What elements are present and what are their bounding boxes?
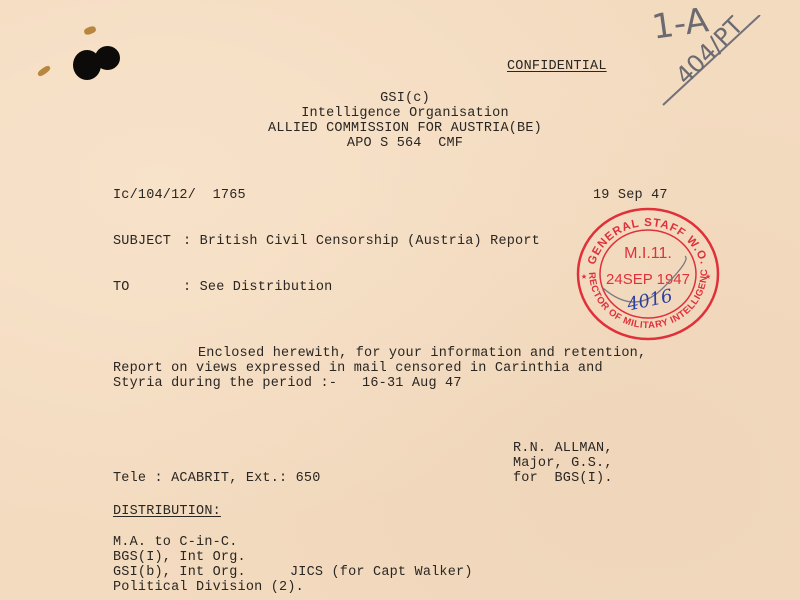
body-line-2: Report on views expressed in mail censor… — [113, 361, 603, 376]
to-label: TO — [113, 280, 130, 295]
signatory-name: R.N. ALLMAN, — [513, 441, 613, 456]
distribution-item: M.A. to C-in-C. — [113, 535, 238, 550]
subject-label: SUBJECT — [113, 234, 171, 249]
document-date: 19 Sep 47 — [593, 188, 668, 203]
header-apo: APO S 564 CMF — [240, 136, 570, 151]
body-line-3: Styria during the period :- 16-31 Aug 47 — [113, 376, 462, 391]
telephone-line: Tele : ACABRIT, Ext.: 650 — [113, 471, 321, 486]
stamp-star-icon: ★ — [705, 272, 711, 283]
signatory-for: for BGS(I). — [513, 471, 613, 486]
distribution-item-side: JICS (for Capt Walker) — [290, 565, 473, 580]
stamp-star-icon: ★ — [581, 272, 587, 283]
body-line-1: Enclosed herewith, for your information … — [198, 346, 646, 361]
header-organisation: Intelligence Organisation — [240, 106, 570, 121]
header-unit: GSI(c) — [240, 91, 570, 106]
subject-value: : British Civil Censorship (Austria) Rep… — [183, 234, 540, 249]
header-commission: ALLIED COMMISSION FOR AUSTRIA(BE) — [240, 121, 570, 136]
to-value: : See Distribution — [183, 280, 332, 295]
distribution-heading: DISTRIBUTION: — [113, 504, 221, 519]
classification-label: CONFIDENTIAL — [507, 59, 607, 74]
received-stamp: GENERAL STAFF W.O. DIRECTOR OF MILITARY … — [575, 206, 721, 342]
stamp-line-1: M.I.11. — [624, 245, 672, 262]
ink-blot — [95, 46, 120, 70]
stamp-handwritten-number: 4016 — [624, 285, 674, 315]
reference-number: Ic/104/12/ 1765 — [113, 188, 246, 203]
distribution-item: BGS(I), Int Org. — [113, 550, 246, 565]
signatory-rank: Major, G.S., — [513, 456, 613, 471]
distribution-item: Political Division (2). — [113, 580, 304, 595]
distribution-item: GSI(b), Int Org. — [113, 565, 246, 580]
